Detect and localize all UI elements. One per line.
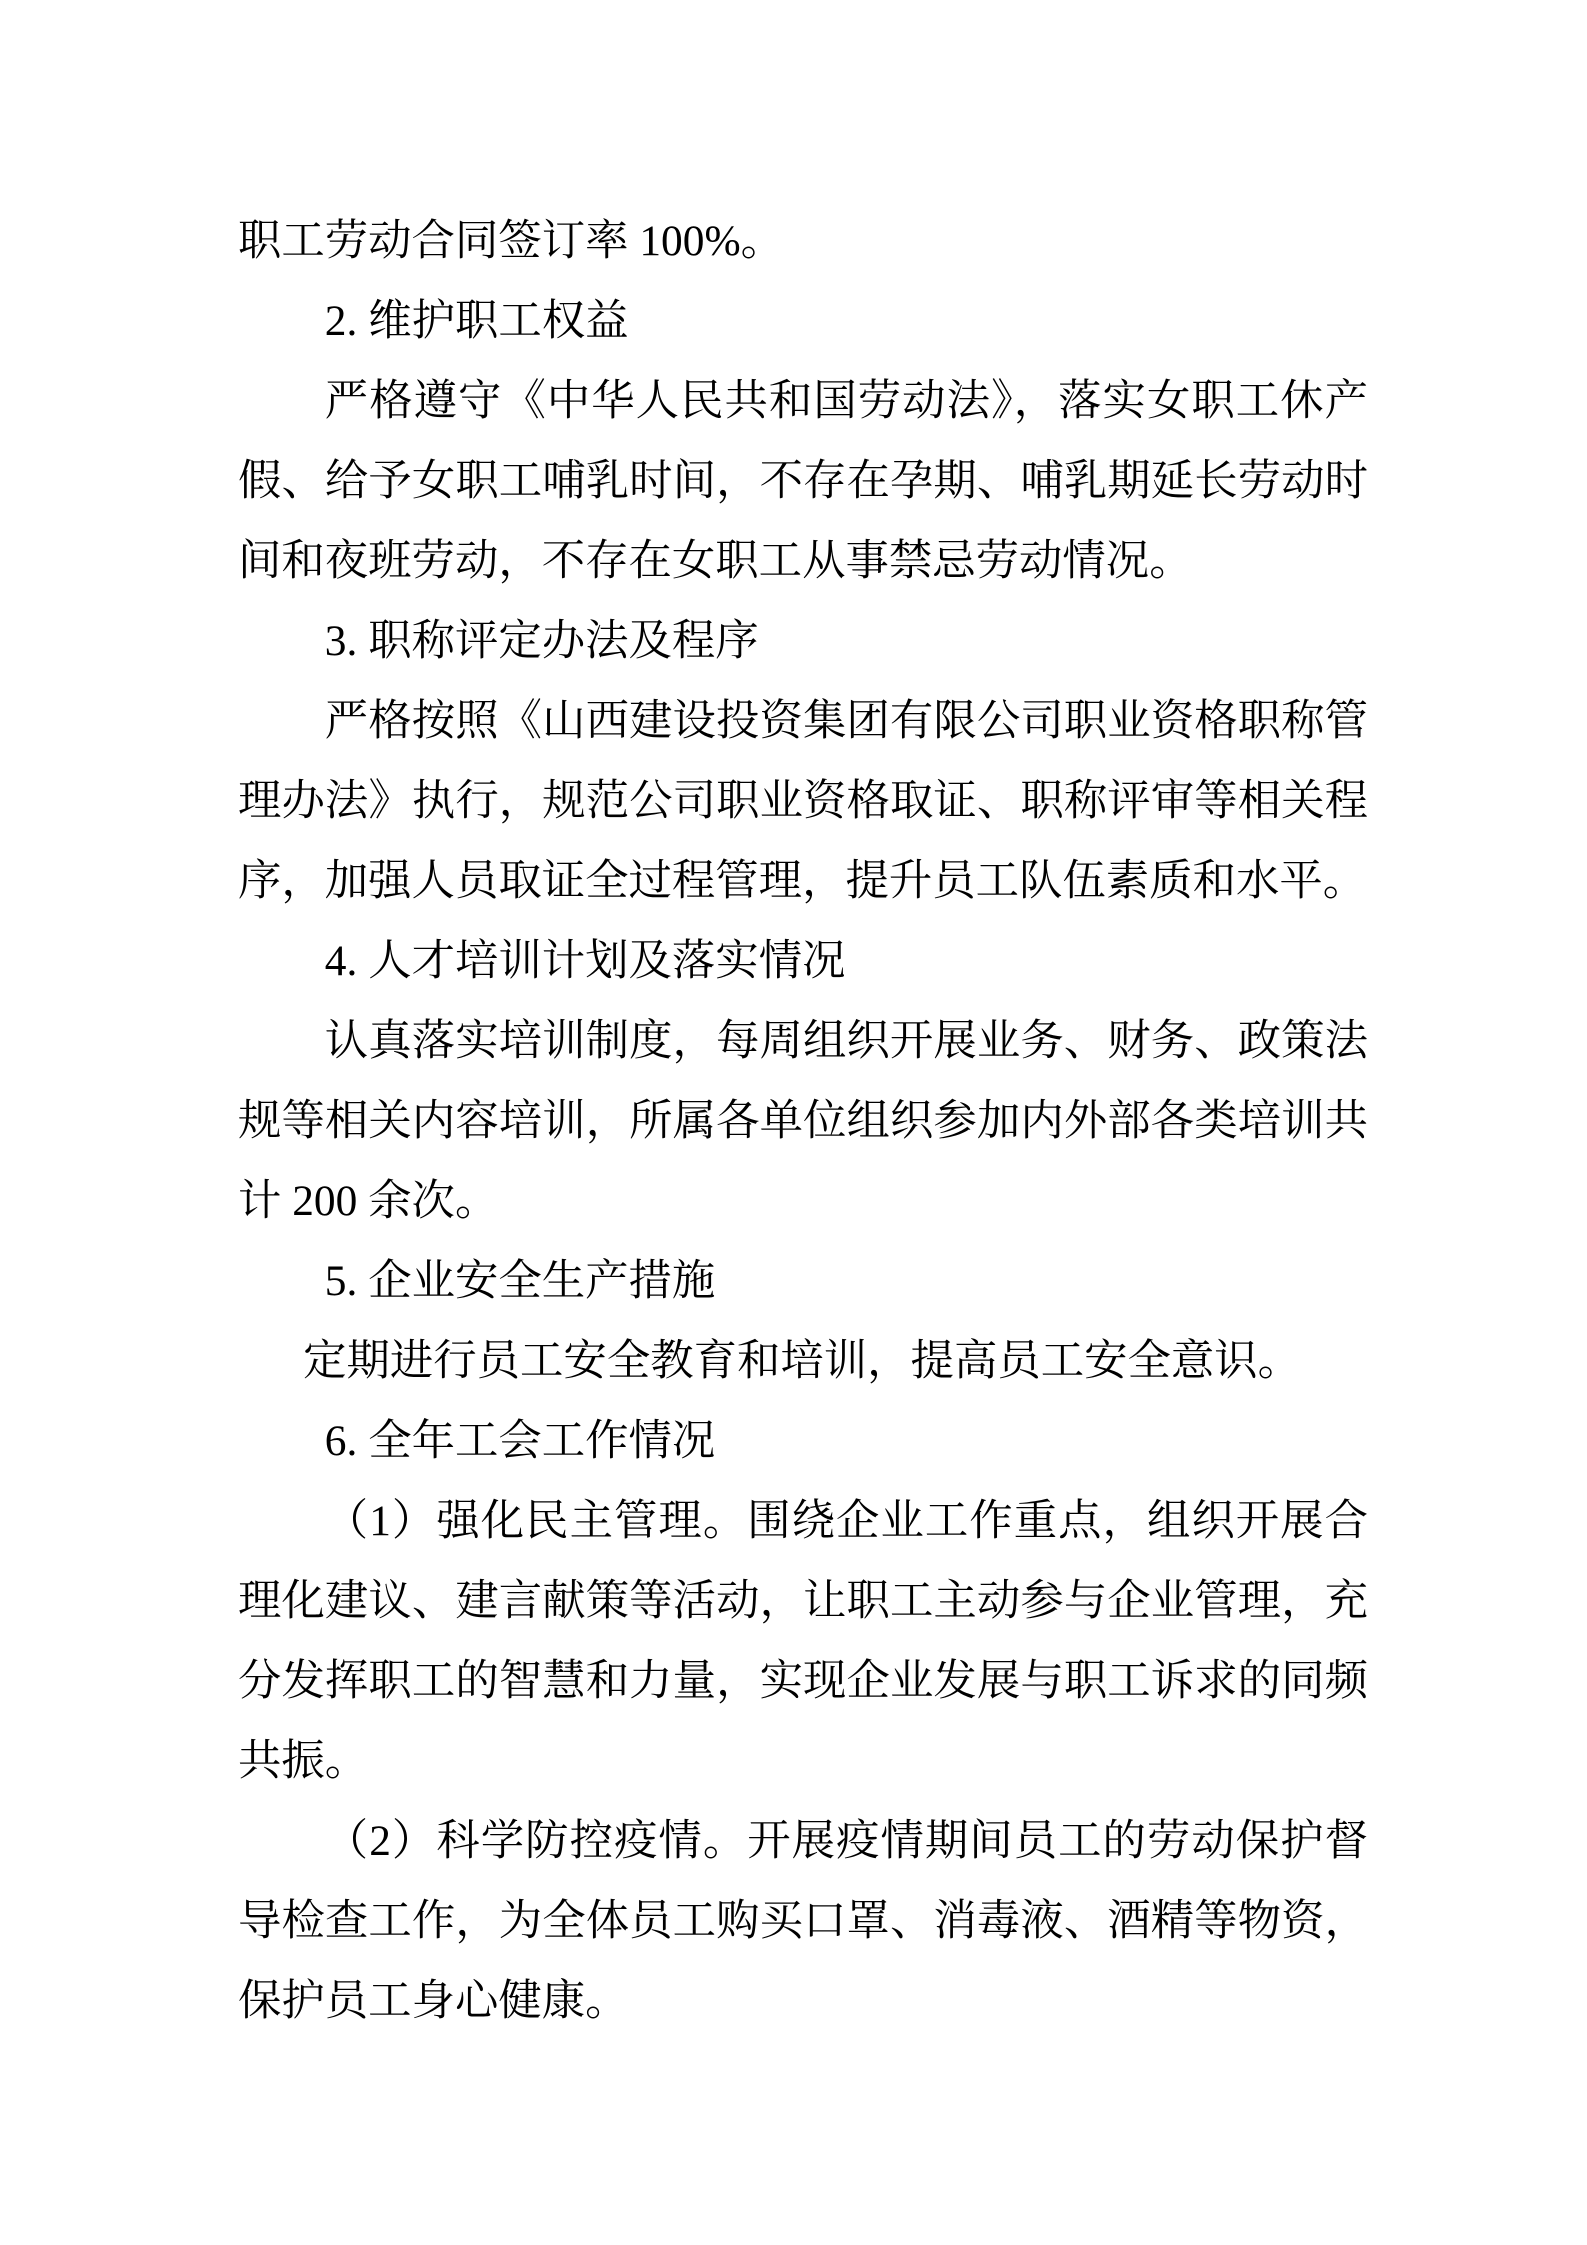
text-line: 4. 人才培训计划及落实情况 bbox=[238, 921, 1368, 1001]
text-line: 分发挥职工的智慧和力量，实现企业发展与职工诉求的同频 bbox=[238, 1641, 1368, 1721]
text-line: 序，加强人员取证全过程管理，提升员工队伍素质和水平。 bbox=[238, 841, 1368, 921]
text-line: 严格遵守《中华人民共和国劳动法》，落实女职工休产 bbox=[238, 361, 1368, 441]
paragraph: （2）科学防控疫情。开展疫情期间员工的劳动保护督导检查工作，为全体员工购买口罩、… bbox=[238, 1801, 1368, 2041]
text-line: 5. 企业安全生产措施 bbox=[238, 1241, 1368, 1321]
text-line: （2）科学防控疫情。开展疫情期间员工的劳动保护督 bbox=[238, 1801, 1368, 1881]
text-line: 保护员工身心健康。 bbox=[238, 1961, 1368, 2041]
section-heading: 2. 维护职工权益 bbox=[238, 281, 1368, 361]
paragraph: 定期进行员工安全教育和培训，提高员工安全意识。 bbox=[238, 1321, 1368, 1401]
text-line: 认真落实培训制度，每周组织开展业务、财务、政策法 bbox=[238, 1001, 1368, 1081]
text-line: 3. 职称评定办法及程序 bbox=[238, 601, 1368, 681]
paragraph: 认真落实培训制度，每周组织开展业务、财务、政策法规等相关内容培训，所属各单位组织… bbox=[238, 1001, 1368, 1241]
text-line: 定期进行员工安全教育和培训，提高员工安全意识。 bbox=[238, 1321, 1368, 1401]
text-line: 假、给予女职工哺乳时间，不存在孕期、哺乳期延长劳动时 bbox=[238, 441, 1368, 521]
text-line: （1）强化民主管理。围绕企业工作重点，组织开展合 bbox=[238, 1481, 1368, 1561]
section-heading: 3. 职称评定办法及程序 bbox=[238, 601, 1368, 681]
text-line: 严格按照《山西建设投资集团有限公司职业资格职称管 bbox=[238, 681, 1368, 761]
text-line: 职工劳动合同签订率 100%。 bbox=[238, 201, 1368, 281]
section-heading: 5. 企业安全生产措施 bbox=[238, 1241, 1368, 1321]
paragraph: 职工劳动合同签订率 100%。 bbox=[238, 201, 1368, 281]
text-line: 6. 全年工会工作情况 bbox=[238, 1401, 1368, 1481]
paragraph: 严格按照《山西建设投资集团有限公司职业资格职称管理办法》执行，规范公司职业资格取… bbox=[238, 681, 1368, 921]
section-heading: 4. 人才培训计划及落实情况 bbox=[238, 921, 1368, 1001]
text-line: 导检查工作，为全体员工购买口罩、消毒液、酒精等物资， bbox=[238, 1881, 1368, 1961]
text-line: 计 200 余次。 bbox=[238, 1161, 1368, 1241]
text-line: 理办法》执行，规范公司职业资格取证、职称评审等相关程 bbox=[238, 761, 1368, 841]
text-line: 2. 维护职工权益 bbox=[238, 281, 1368, 361]
section-heading: 6. 全年工会工作情况 bbox=[238, 1401, 1368, 1481]
document-text: 职工劳动合同签订率 100%。2. 维护职工权益严格遵守《中华人民共和国劳动法》… bbox=[238, 201, 1368, 2041]
paragraph: （1）强化民主管理。围绕企业工作重点，组织开展合理化建议、建言献策等活动，让职工… bbox=[238, 1481, 1368, 1801]
text-line: 间和夜班劳动，不存在女职工从事禁忌劳动情况。 bbox=[238, 521, 1368, 601]
text-line: 规等相关内容培训，所属各单位组织参加内外部各类培训共 bbox=[238, 1081, 1368, 1161]
text-line: 共振。 bbox=[238, 1721, 1368, 1801]
document-page: 职工劳动合同签订率 100%。2. 维护职工权益严格遵守《中华人民共和国劳动法》… bbox=[0, 0, 1587, 2245]
text-line: 理化建议、建言献策等活动，让职工主动参与企业管理，充 bbox=[238, 1561, 1368, 1641]
paragraph: 严格遵守《中华人民共和国劳动法》，落实女职工休产假、给予女职工哺乳时间，不存在孕… bbox=[238, 361, 1368, 601]
